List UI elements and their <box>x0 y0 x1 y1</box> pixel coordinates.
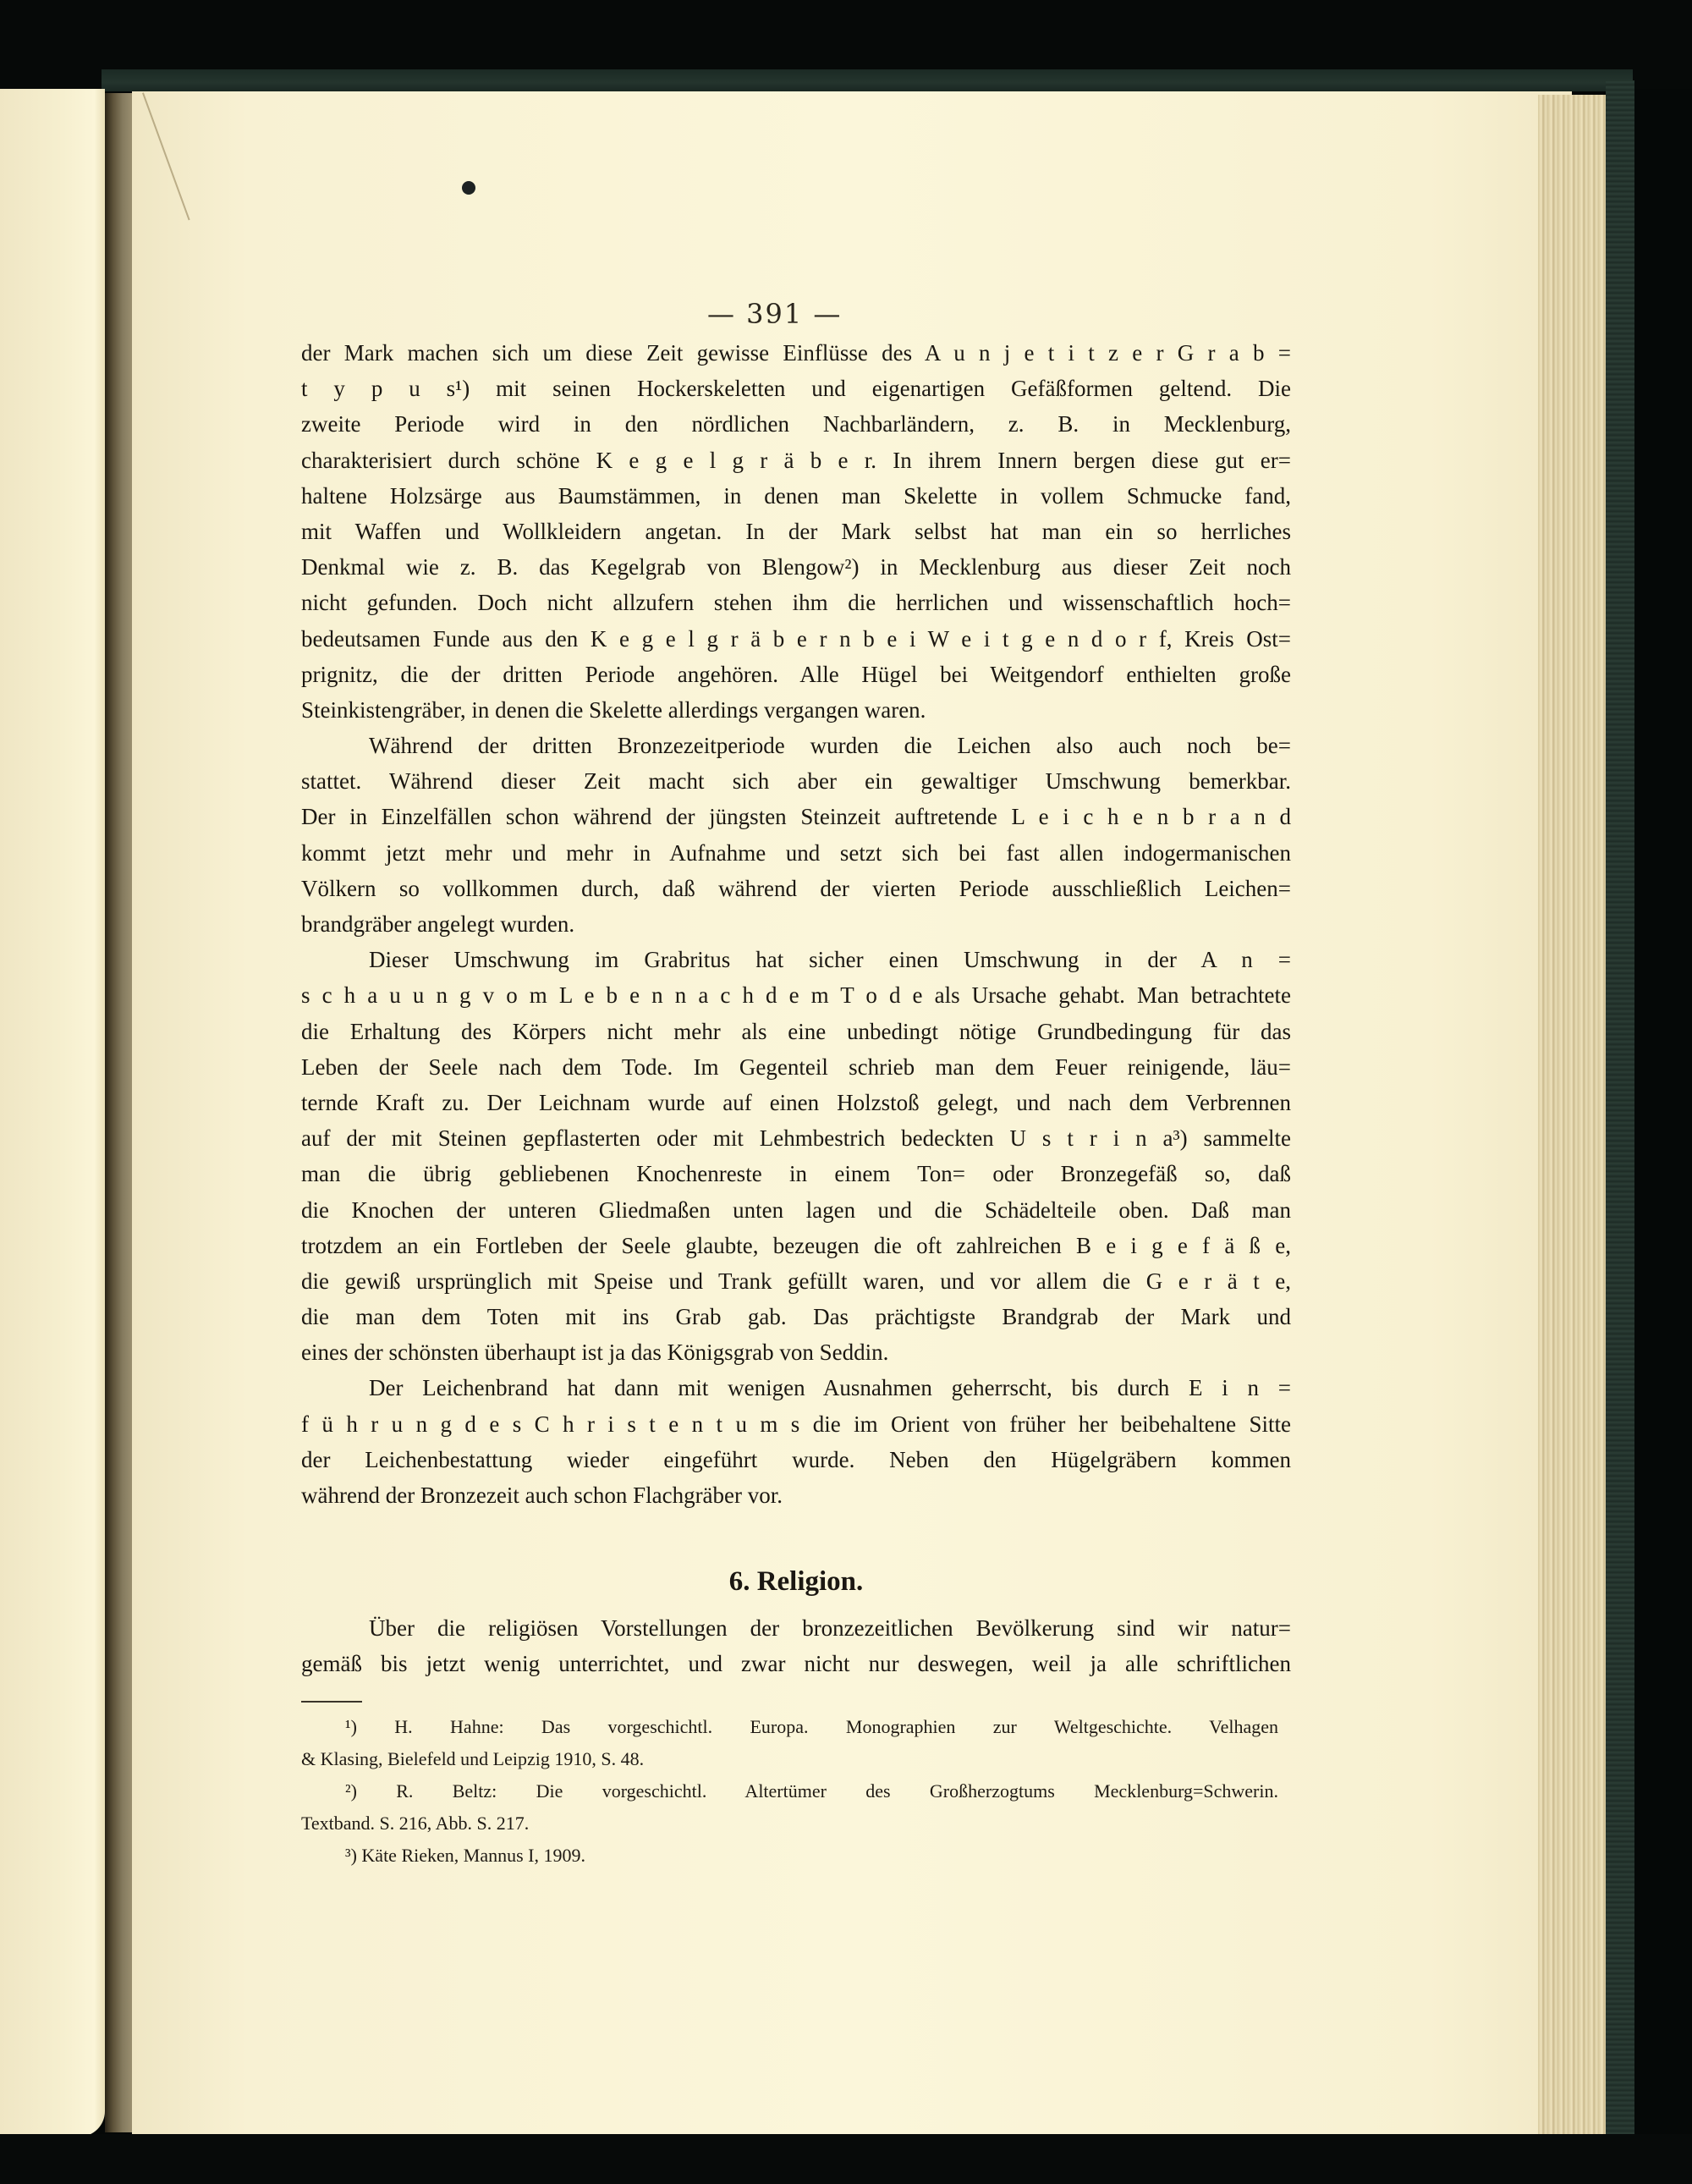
book-cover-top-edge <box>102 69 1633 91</box>
text-line: die Knochen der unteren Gliedmaßen unten… <box>301 1192 1291 1228</box>
text-line: kommt jetzt mehr und mehr in Aufnahme un… <box>301 835 1291 871</box>
text-line: Denkmal wie z. B. das Kegelgrab von Blen… <box>301 549 1291 585</box>
paragraph-1: der Mark machen sich um diese Zeit gewis… <box>301 335 1291 728</box>
book-gutter <box>105 93 132 2132</box>
page-stack-fore-edge <box>1538 95 1607 2134</box>
text-line: zweite Periode wird in den nördlichen Na… <box>301 406 1291 442</box>
text-line: Über die religiösen Vorstellungen der br… <box>301 1610 1291 1646</box>
text-line: s c h a u u n g v o m L e b e n n a c h … <box>301 977 1291 1013</box>
text-line: während der Bronzezeit auch schon Flachg… <box>301 1477 1291 1513</box>
text-line: der Leichenbestattung wieder eingeführt … <box>301 1442 1291 1477</box>
book-cover-right-edge <box>1606 80 1634 2141</box>
footnote-2-line: ²) R. Beltz: Die vorgeschichtl. Altertüm… <box>301 1775 1278 1807</box>
footnote-1-line: ¹) H. Hahne: Das vorgeschichtl. Europa. … <box>301 1711 1278 1743</box>
paragraph-3: Dieser Umschwung im Grabritus hat sicher… <box>301 942 1291 1370</box>
text-line: die Erhaltung des Körpers nicht mehr als… <box>301 1014 1291 1049</box>
footnote-1-line: & Klasing, Bielefeld und Leipzig 1910, S… <box>301 1743 1278 1775</box>
footnote-3-line: ³) Käte Rieken, Mannus I, 1909. <box>301 1840 1278 1872</box>
text-line: auf der mit Steinen gepflasterten oder m… <box>301 1120 1291 1156</box>
footnote-divider <box>301 1701 362 1703</box>
text-line: ternde Kraft zu. Der Leichnam wurde auf … <box>301 1085 1291 1120</box>
text-line: man die übrig gebliebenen Knochenreste i… <box>301 1156 1291 1191</box>
paragraph-5: Über die religiösen Vorstellungen der br… <box>301 1610 1291 1681</box>
page-text-block: der Mark machen sich um diese Zeit gewis… <box>301 335 1291 1513</box>
text-line: nicht gefunden. Doch nicht allzufern ste… <box>301 585 1291 620</box>
text-line: Völkern so vollkommen durch, daß während… <box>301 871 1291 906</box>
footnote-2-line: Textband. S. 216, Abb. S. 217. <box>301 1807 1278 1840</box>
text-line: Leben der Seele nach dem Tode. Im Gegent… <box>301 1049 1291 1085</box>
section-heading: 6. Religion. <box>301 1566 1291 1598</box>
text-line: die man dem Toten mit ins Grab gab. Das … <box>301 1299 1291 1334</box>
text-line: Steinkistengräber, in denen die Skelette… <box>301 692 1291 728</box>
text-line: f ü h r u n g d e s C h r i s t e n t u … <box>301 1406 1291 1442</box>
text-line: Dieser Umschwung im Grabritus hat sicher… <box>301 942 1291 977</box>
text-line: bedeutsamen Funde aus den K e g e l g r … <box>301 621 1291 657</box>
text-line: stattet. Während dieser Zeit macht sich … <box>301 763 1291 799</box>
left-page-edge <box>0 89 105 2137</box>
text-line: der Mark machen sich um diese Zeit gewis… <box>301 335 1291 371</box>
text-line: Der Leichenbrand hat dann mit wenigen Au… <box>301 1370 1291 1406</box>
paragraph-2: Während der dritten Bronzezeitperiode wu… <box>301 728 1291 942</box>
text-line: Der in Einzelfällen schon während der jü… <box>301 799 1291 834</box>
text-line: t y p u s¹) mit seinen Hockerskeletten u… <box>301 371 1291 406</box>
text-line: gemäß bis jetzt wenig unterrichtet, und … <box>301 1646 1291 1681</box>
text-line: eines der schönsten überhaupt ist ja das… <box>301 1334 1291 1370</box>
text-line: mit Waffen und Wollkleidern angetan. In … <box>301 514 1291 549</box>
text-line: charakterisiert durch schöne K e g e l g… <box>301 443 1291 478</box>
text-line: haltene Holzsärge aus Baumstämmen, in de… <box>301 478 1291 514</box>
text-line: Während der dritten Bronzezeitperiode wu… <box>301 728 1291 763</box>
page-number: — 391 — <box>707 298 842 330</box>
footnotes: ¹) H. Hahne: Das vorgeschichtl. Europa. … <box>301 1711 1278 1872</box>
paragraph-4: Der Leichenbrand hat dann mit wenigen Au… <box>301 1370 1291 1513</box>
background-bottom <box>0 2134 1692 2184</box>
text-line: brandgräber angelegt wurden. <box>301 906 1291 942</box>
text-line: prignitz, die der dritten Periode angehö… <box>301 657 1291 692</box>
ink-spot <box>462 181 475 195</box>
text-line: trotzdem an ein Fortleben der Seele glau… <box>301 1228 1291 1263</box>
text-line: die gewiß ursprünglich mit Speise und Tr… <box>301 1263 1291 1299</box>
